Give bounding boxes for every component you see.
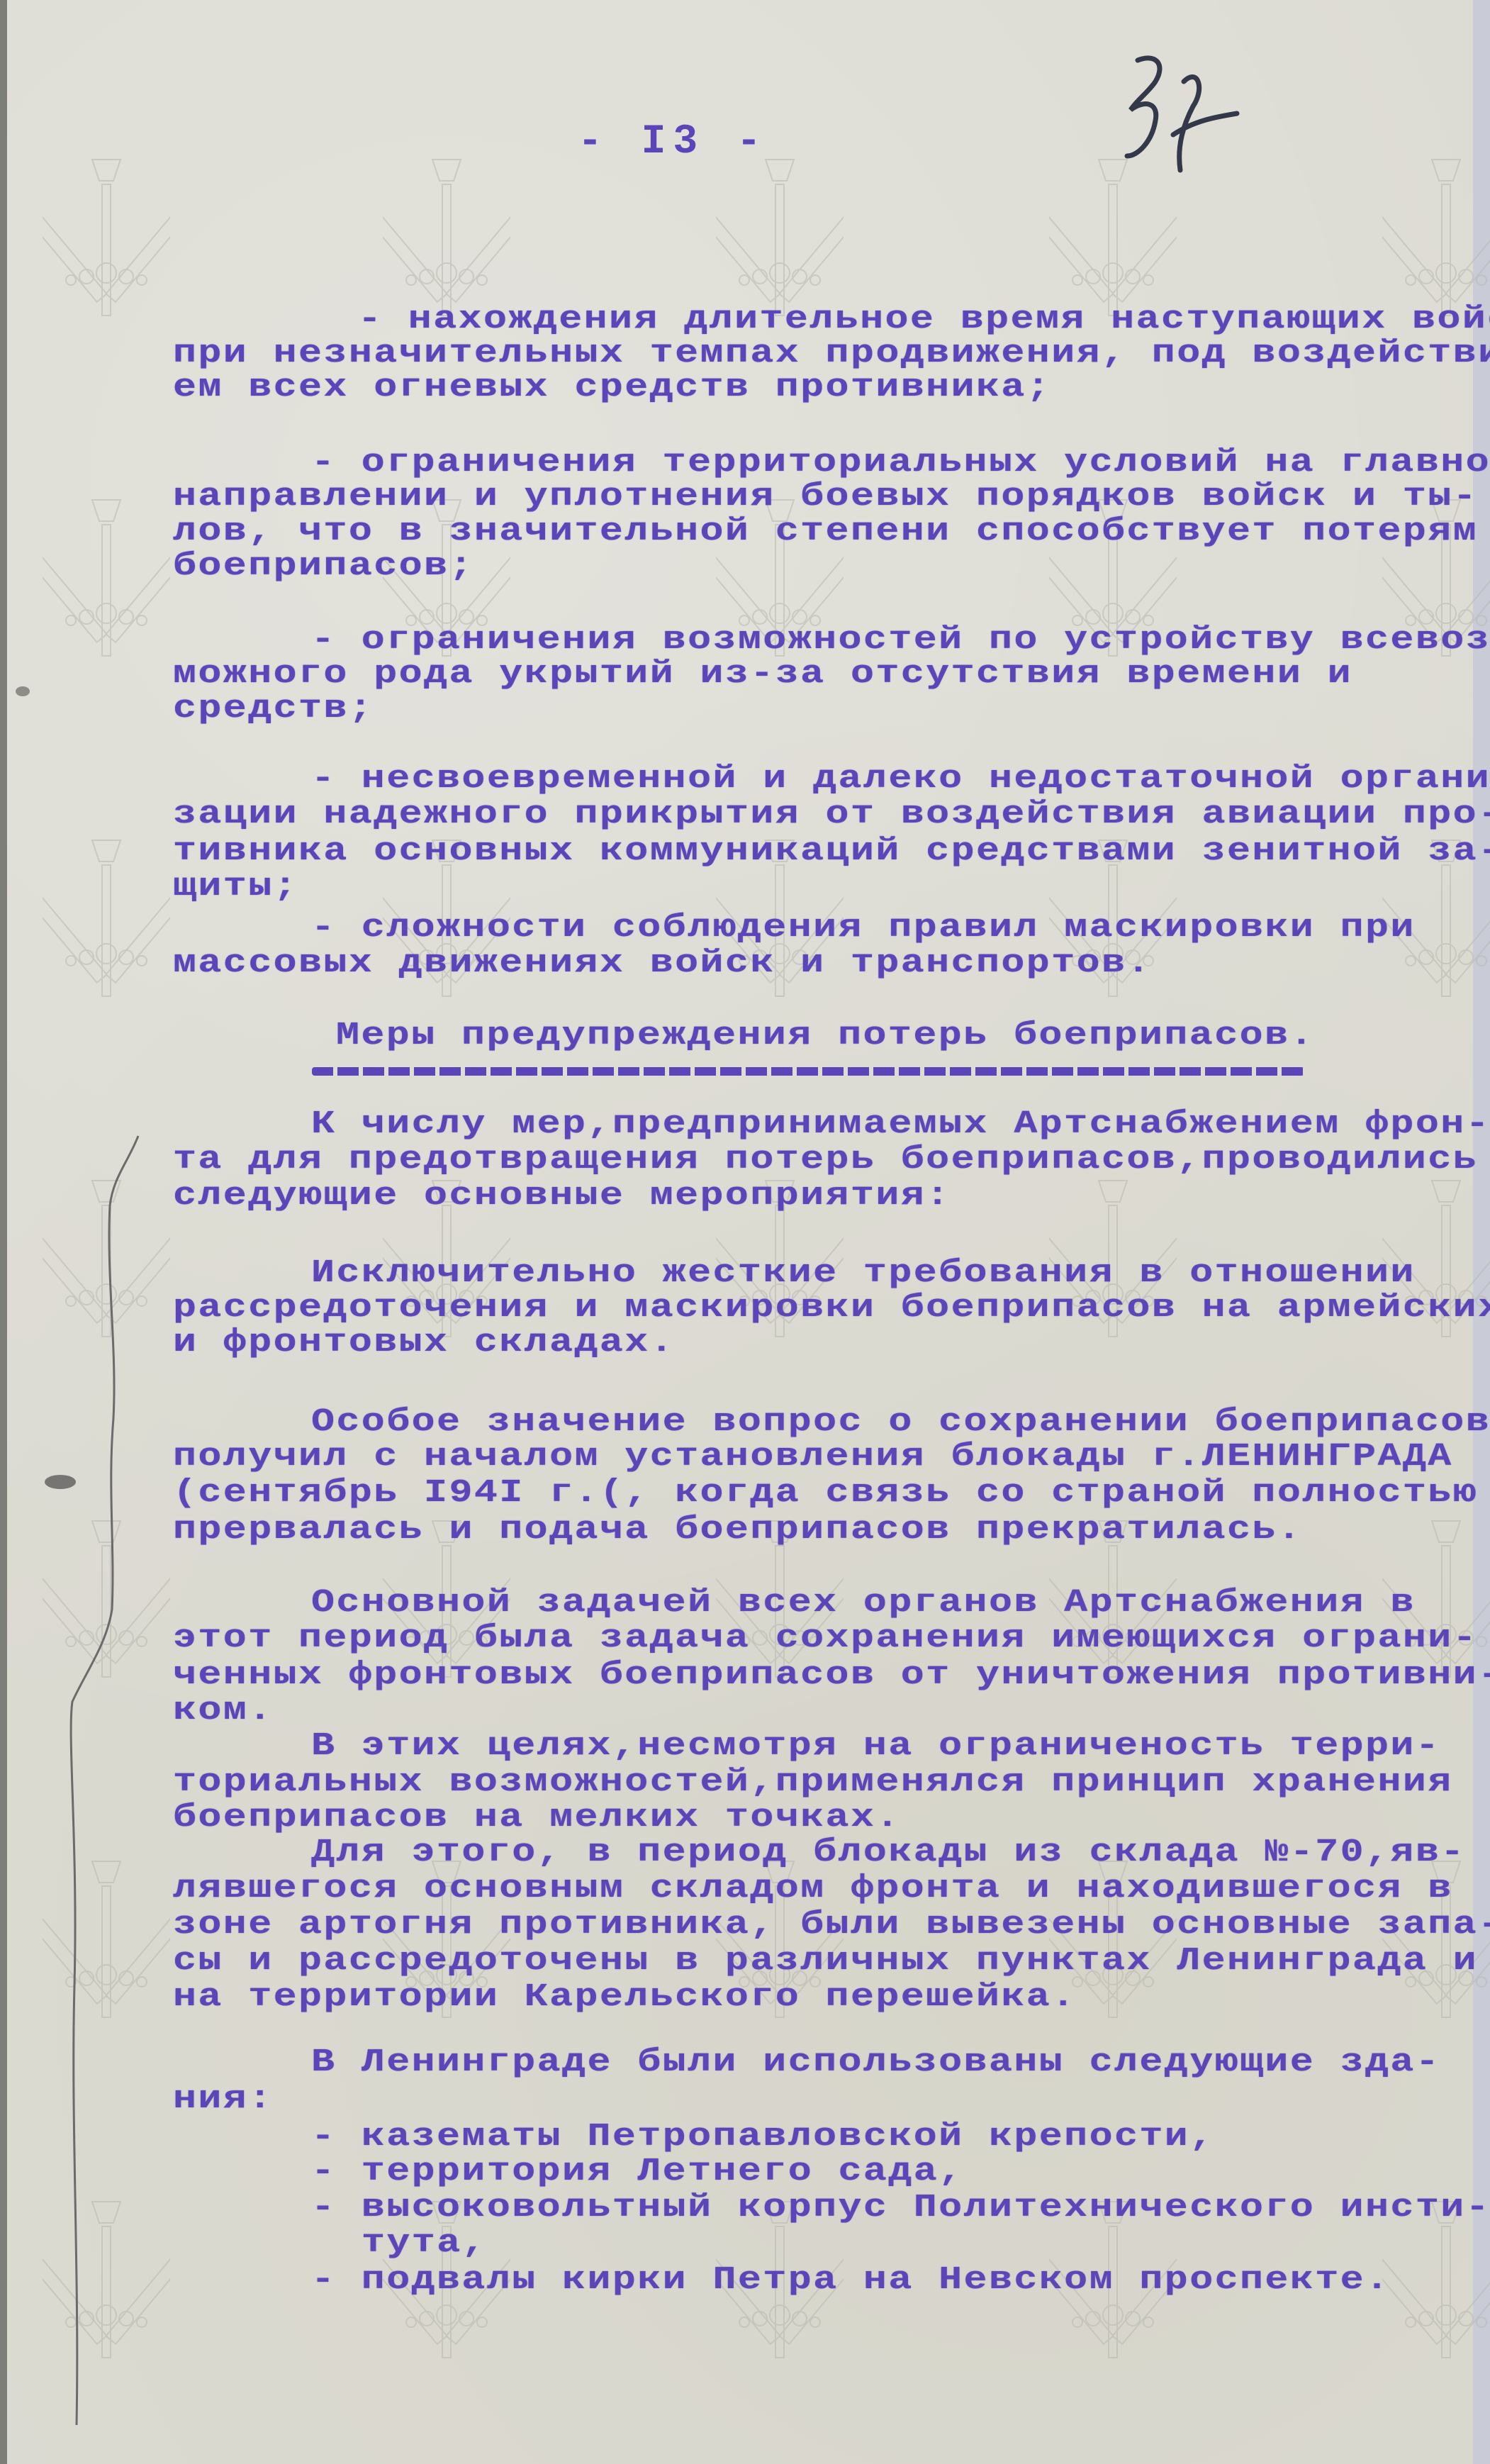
text-line: К числу мер,предпринимаемых Артснабжение… <box>311 1110 1490 1139</box>
text-line: - казематы Петропавловской крепости, <box>311 2122 1215 2151</box>
watermark-emblem-icon <box>1049 152 1177 323</box>
handwritten-sheet-number <box>1116 50 1251 177</box>
text-line: направлении и уплотнения боевых порядков… <box>173 482 1478 511</box>
text-line: ченных фронтовых боеприпасов от уничтоже… <box>173 1661 1490 1690</box>
text-line: рассредоточения и маскировки боеприпасов… <box>173 1293 1490 1322</box>
text-line: Особое значение вопрос о сохранении боеп… <box>311 1407 1490 1437</box>
text-line: - несвоевременной и далеко недостаточной… <box>311 764 1490 793</box>
text-line: зоне артогня противника, были вывезены о… <box>173 1910 1490 1939</box>
watermark-emblem-icon <box>43 2195 170 2365</box>
text-line: - нахождения длительное время наступающи… <box>358 305 1490 334</box>
scan-edge-left <box>0 0 7 2464</box>
text-line: щиты; <box>173 872 298 901</box>
watermark-emblem-icon <box>1382 152 1490 323</box>
watermark-emblem-icon <box>43 1854 170 2024</box>
text-line: лов, что в значительной степени способст… <box>173 517 1478 546</box>
text-line: ем всех огневых средств противника; <box>173 373 1051 402</box>
watermark-emblem-icon <box>43 1174 170 1344</box>
text-line: Исключительно жесткие требования в отнош… <box>311 1259 1416 1288</box>
text-line: та для предотвращения потерь боеприпасов… <box>173 1145 1478 1174</box>
text-line: при незначительных темпах продвижения, п… <box>173 339 1490 368</box>
heading-underline <box>312 1067 1304 1076</box>
text-line: боеприпасов; <box>173 552 474 581</box>
text-line: - ограничения возможностей по устройству… <box>311 625 1490 654</box>
section-heading: Меры предупреждения потерь боеприпасов. <box>336 1021 1315 1050</box>
text-line: ком. <box>173 1696 274 1725</box>
text-line: ния: <box>173 2085 274 2114</box>
watermark-emblem-icon <box>43 493 170 663</box>
text-line: следующие основные мероприятия: <box>173 1181 951 1210</box>
text-line: тута, <box>362 2229 487 2258</box>
text-line: Основной задачей всех органов Артснабжен… <box>311 1588 1416 1617</box>
text-line: - территория Летнего сада, <box>311 2157 964 2186</box>
text-line: получил с началом установления блокады г… <box>173 1442 1453 1471</box>
text-line: - подвалы кирки Петра на Невском проспек… <box>311 2265 1390 2295</box>
text-line: массовых движениях войск и транспортов. <box>173 949 1152 978</box>
text-line: тивника основных коммуникаций средствами… <box>173 837 1490 866</box>
watermark-emblem-icon <box>43 833 170 1003</box>
text-line: В этих целях,несмотря на ограниченость т… <box>311 1732 1440 1761</box>
text-line: сы и рассредоточены в различных пунктах … <box>173 1946 1478 1975</box>
text-line: боеприпасов на мелких точках. <box>173 1803 901 1832</box>
text-line: зации надежного прикрытия от воздействия… <box>173 800 1490 829</box>
text-line: Для этого, в период блокады из склада №-… <box>311 1838 1466 1867</box>
text-line: прервалась и подача боеприпасов прекрати… <box>173 1515 1302 1544</box>
watermark-emblem-icon <box>43 1514 170 1684</box>
text-line: - высоковольтный корпус Политехнического… <box>311 2193 1490 2222</box>
text-line: этот период была задача сохранения имеющ… <box>173 1624 1478 1653</box>
text-line: лявшегося основным складом фронта и нахо… <box>173 1874 1453 1903</box>
text-line: (сентябрь I94I г.(, когда связь со стран… <box>173 1478 1478 1507</box>
text-line: и фронтовых складах. <box>173 1328 675 1357</box>
watermark-emblem-icon <box>716 152 844 323</box>
text-line: можного рода укрытий из-за отсутствия вр… <box>173 659 1352 689</box>
text-line: - сложности соблюдения правил маскировки… <box>311 913 1416 942</box>
text-line: ториальных возможностей,применялся принц… <box>173 1768 1453 1797</box>
page-number: - I3 - <box>578 119 768 165</box>
text-line: на территории Карельского перешейка. <box>173 1983 1077 2012</box>
text-line: В Ленинграде были использованы следующие… <box>311 2048 1440 2077</box>
text-line: средств; <box>173 694 374 723</box>
watermark-emblem-icon <box>43 152 170 323</box>
text-line: - ограничения территориальных условий на… <box>311 448 1490 477</box>
watermark-emblem-icon <box>383 152 510 323</box>
